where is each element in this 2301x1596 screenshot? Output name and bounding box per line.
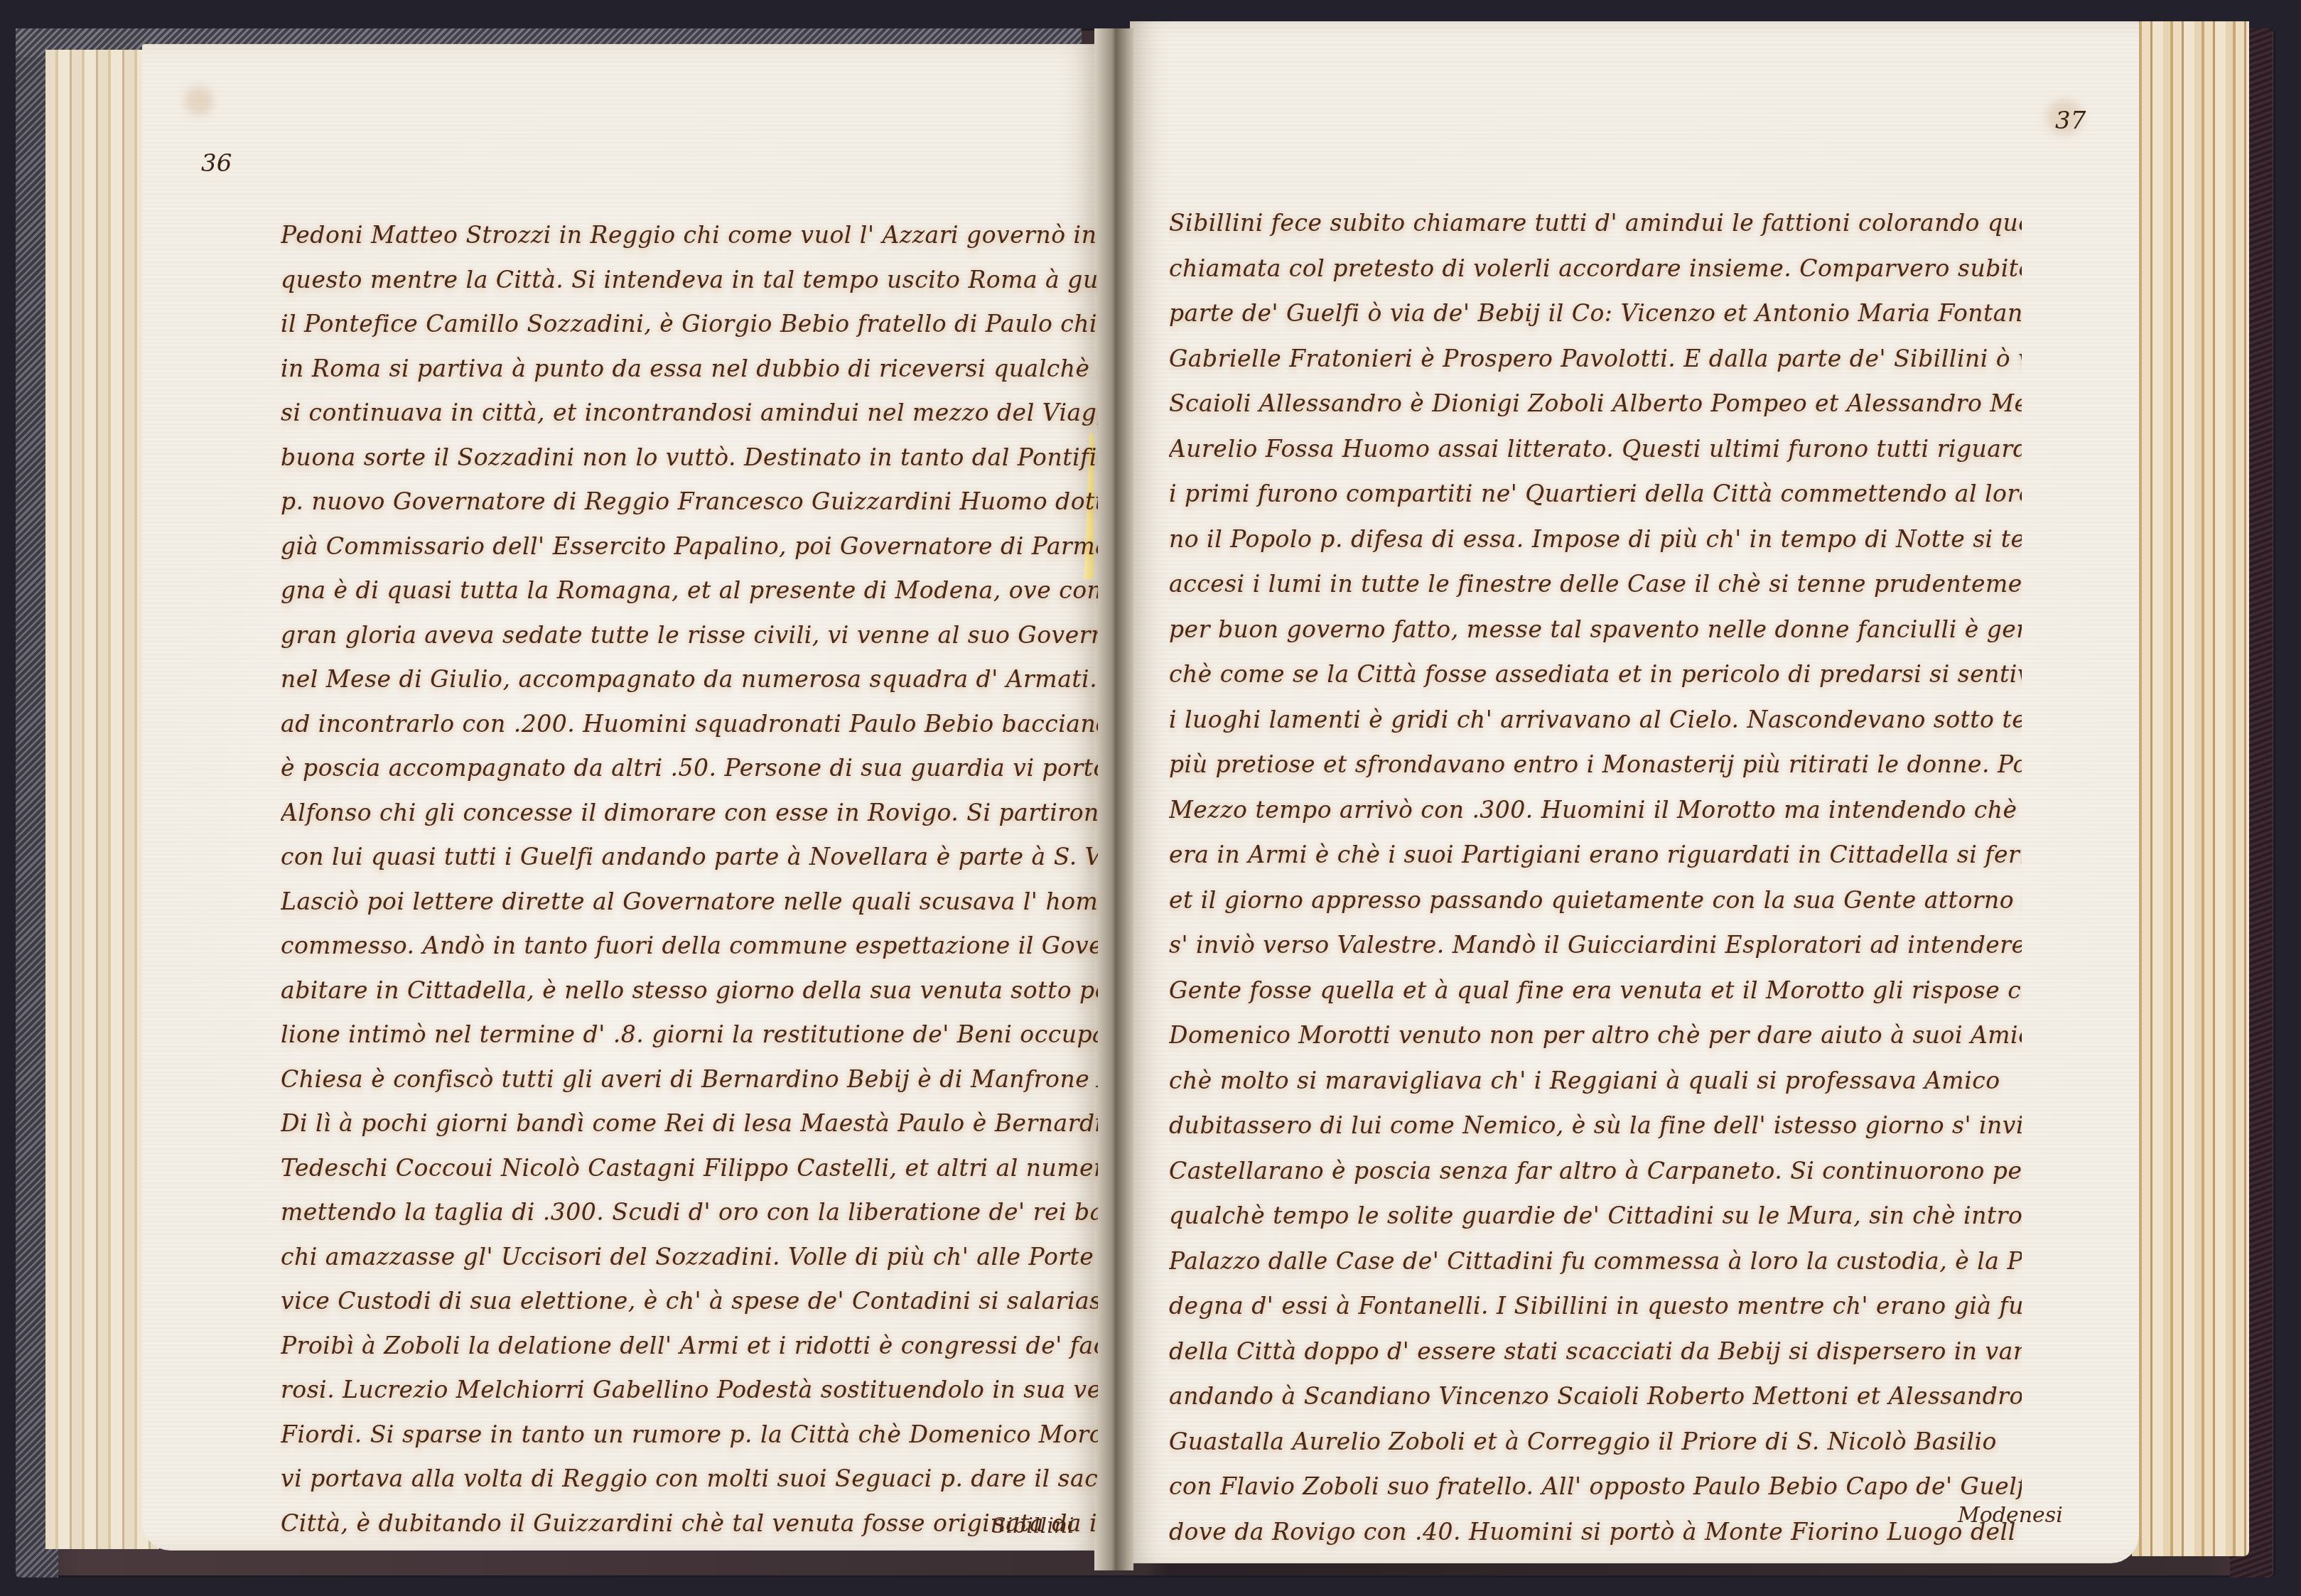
manuscript-line: Tedeschi Coccoui Nicolò Castagni Filippo… [281, 1146, 1098, 1191]
right-page-text: Sibillini fece subito chiamare tutti d' … [1169, 200, 2022, 1554]
manuscript-line: si continuava in città, et incontrandosi… [281, 391, 1098, 436]
manuscript-line: chi amazzasse gl' Uccisori del Sozzadini… [281, 1235, 1098, 1280]
manuscript-line: buona sorte il Sozzadini non lo vuttò. D… [281, 436, 1098, 480]
manuscript-line: chiamata col pretesto di volerli accorda… [1169, 246, 2022, 291]
book-gutter [1094, 28, 1133, 1570]
manuscript-line: Di lì à pochi giorni bandì come Rei di l… [281, 1101, 1098, 1146]
manuscript-line: gran gloria aveva sedate tutte le risse … [281, 613, 1098, 658]
manuscript-line: mettendo la taglia di .300. Scudi d' oro… [281, 1190, 1098, 1235]
manuscript-line: Pedoni Matteo Strozzi in Reggio chi come… [281, 213, 1098, 258]
manuscript-line: Mezzo tempo arrivò con .300. Huomini il … [1169, 787, 2022, 833]
foxing-spot [185, 87, 213, 115]
manuscript-line: dubitassero di lui come Nemico, è sù la … [1169, 1103, 2022, 1148]
manuscript-line: no il Popolo p. difesa di essa. Impose d… [1169, 517, 2022, 562]
manuscript-line: Proibì à Zoboli la delatione dell' Armi … [281, 1324, 1098, 1369]
manuscript-line: andando à Scandiano Vincenzo Scaioli Rob… [1169, 1374, 2022, 1419]
manuscript-line: Gente fosse quella et à qual fine era ve… [1169, 968, 2022, 1013]
manuscript-line: più pretiose et sfrondavano entro i Mona… [1169, 742, 2022, 787]
manuscript-line: per buon governo fatto, messe tal spaven… [1169, 607, 2022, 652]
manuscript-line: il Pontefice Camillo Sozzadini, è Giorgi… [281, 302, 1098, 347]
manuscript-line: i luoghi lamenti è gridi ch' arrivavano … [1169, 697, 2022, 743]
manuscript-line: della Città doppo d' essere stati scacci… [1169, 1329, 2022, 1374]
manuscript-line: con Flavio Zoboli suo fratello. All' opp… [1169, 1464, 2022, 1509]
manuscript-line: Scaioli Allessandro è Dionigi Zoboli Alb… [1169, 381, 2022, 426]
manuscript-line: Aurelio Fossa Huomo assai litterato. Que… [1169, 426, 2022, 472]
manuscript-line: è poscia accompagnato da altri .50. Pers… [281, 746, 1098, 791]
manuscript-line: in Roma si partiva à punto da essa nel d… [281, 347, 1098, 392]
manuscript-line: Gabrielle Fratonieri è Prospero Pavolott… [1169, 336, 2022, 382]
manuscript-line: con lui quasi tutti i Guelfi andando par… [281, 835, 1098, 880]
manuscript-line: i primi furono compartiti ne' Quartieri … [1169, 471, 2022, 517]
manuscript-line: Sibillini fece subito chiamare tutti d' … [1169, 200, 2022, 246]
manuscript-line: ad incontrarlo con .200. Huomini squadro… [281, 702, 1098, 747]
manuscript-line: s' inviò verso Valestre. Mandò il Guicci… [1169, 922, 2022, 968]
manuscript-line: chè come se la Città fosse assediata et … [1169, 652, 2022, 697]
manuscript-line: Lasciò poi lettere dirette al Governator… [281, 880, 1098, 924]
manuscript-line: Alfonso chi gli concesse il dimorare con… [281, 791, 1098, 836]
manuscript-line: chè molto si maravigliava ch' i Reggiani… [1169, 1058, 2022, 1104]
manuscript-line: Città, è dubitando il Guizzardini chè ta… [281, 1501, 1098, 1546]
manuscript-line: abitare in Cittadella, è nello stesso gi… [281, 969, 1098, 1013]
catchword-right: Modenesi [1958, 1503, 2063, 1528]
manuscript-line: dove da Rovigo con .40. Huomini si portò… [1169, 1509, 2022, 1555]
manuscript-line: p. nuovo Governatore di Reggio Francesco… [281, 480, 1098, 524]
manuscript-line: qualchè tempo le solite guardie de' Citt… [1169, 1193, 2022, 1239]
manuscript-line: accesi i lumi in tutte le finestre delle… [1169, 561, 2022, 607]
manuscript-line: nel Mese di Giulio, accompagnato da nume… [281, 657, 1098, 702]
manuscript-line: Castellarano è poscia senza far altro à … [1169, 1148, 2022, 1194]
manuscript-line: vice Custodi di sua elettione, è ch' à s… [281, 1279, 1098, 1324]
manuscript-line: vi portava alla volta di Reggio con molt… [281, 1457, 1098, 1501]
catchword-left: Sibillini [991, 1514, 1074, 1538]
manuscript-line: questo mentre la Città. Si intendeva in … [281, 258, 1098, 303]
manuscript-line: Guastalla Aurelio Zoboli et à Correggio … [1169, 1419, 2022, 1465]
left-page-text: Pedoni Matteo Strozzi in Reggio chi come… [281, 213, 1098, 1546]
manuscript-line: lione intimò nel termine d' .8. giorni l… [281, 1013, 1098, 1057]
folio-number-left: 36 [201, 149, 232, 178]
manuscript-line: parte de' Guelfi ò via de' Bebij il Co: … [1169, 291, 2022, 336]
manuscript-line: era in Armi è chè i suoi Partigiani eran… [1169, 832, 2022, 878]
page-stack-right [2132, 21, 2249, 1556]
manuscript-line: degna d' essi à Fontanelli. I Sibillini … [1169, 1283, 2022, 1329]
manuscript-line: Palazzo dalle Case de' Cittadini fu comm… [1169, 1239, 2022, 1284]
manuscript-line: Domenico Morotti venuto non per altro ch… [1169, 1013, 2022, 1058]
folio-number-right: 37 [2055, 107, 2086, 135]
manuscript-line: Chiesa è confiscò tutti gli averi di Ber… [281, 1057, 1098, 1102]
manuscript-line: commesso. Andò in tanto fuori della comm… [281, 924, 1098, 969]
manuscript-line: gna è di quasi tutta la Romagna, et al p… [281, 568, 1098, 613]
manuscript-line: Fiordi. Si sparse in tanto un rumore p. … [281, 1413, 1098, 1457]
manuscript-line: rosi. Lucrezio Melchiorri Gabellino Pode… [281, 1368, 1098, 1413]
manuscript-line: già Commissario dell' Essercito Papalino… [281, 524, 1098, 569]
manuscript-line: et il giorno appresso passando quietamen… [1169, 878, 2022, 923]
